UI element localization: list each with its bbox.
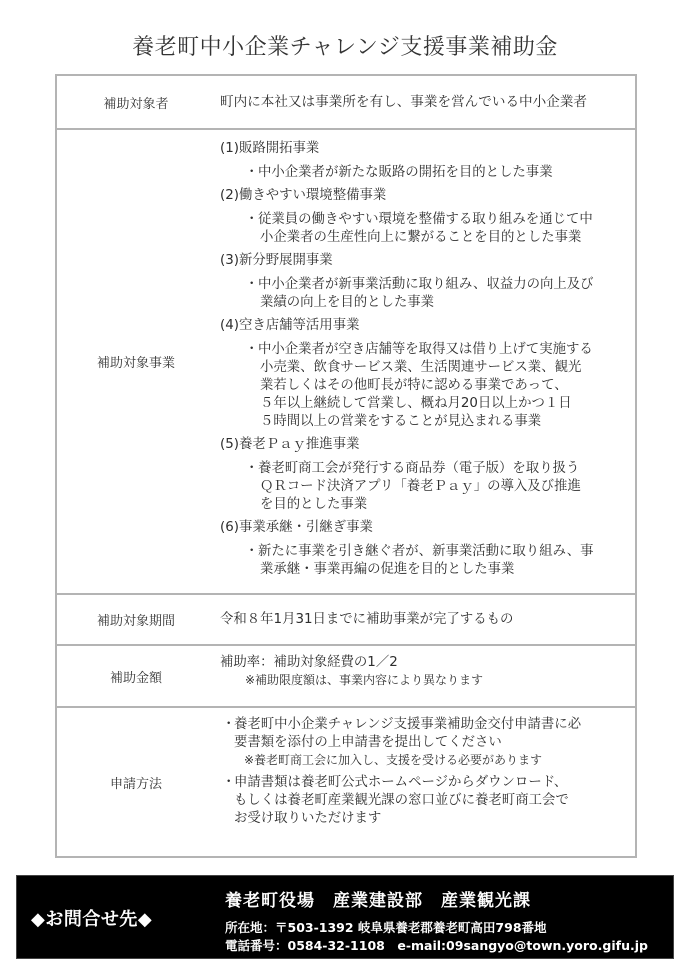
contact-footer: ◆お問合せ先◆ 養老町役場 産業建設部 産業観光課 所在地：〒503-1392 … — [16, 875, 674, 959]
section-description: ・ 中小企業者が空き店舗等を取得又は借り上げて実施する 小売業、飲食サービス業、… — [220, 341, 629, 431]
description-line: 小企業者の生産性向上に繋がることを目的とした事業 — [258, 229, 629, 247]
contact-department: 養老町役場 産業建設部 産業観光課 — [225, 886, 531, 911]
description-line: ＱＲコード決済アプリ「養老Ｐａｙ」の導入及び推進 — [258, 478, 629, 496]
description-line: ５時間以上の営業をすることが見込まれる事業 — [258, 413, 629, 431]
description-line: 中小企業者が空き店舗等を取得又は借り上げて実施する — [258, 341, 629, 359]
application-line: 要書類を添付の上申請書を提出してください — [234, 734, 629, 752]
application-item: ・ 養老町中小企業チャレンジ支援事業補助金交付申請書に必 要書類を添付の上申請書… — [220, 716, 629, 768]
description-line: 業績の向上を目的とした事業 — [258, 294, 629, 312]
section-description: ・ 従業員の働きやすい環境を整備する取り組みを通じて中 小企業者の生産性向上に繋… — [220, 211, 629, 247]
contact-label: ◆お問合せ先◆ — [31, 876, 201, 960]
description-line: 従業員の働きやすい環境を整備する取り組みを通じて中 — [258, 211, 629, 229]
description-line: 小売業、飲食サービス業、生活関連サービス業、観光 — [258, 359, 629, 377]
row-target-period: 補助対象期間 令和８年1月31日までに補助事業が完了するもの — [57, 595, 635, 646]
description-line: 養老町商工会が発行する商品券（電子版）を取り扱う — [258, 460, 629, 478]
application-line: 申請書類は養老町公式ホームページからダウンロード、 — [234, 774, 629, 792]
row-content: 令和８年1月31日までに補助事業が完了するもの — [215, 595, 635, 644]
bullet: ・ — [222, 774, 235, 792]
row-label: 補助対象者 — [57, 76, 215, 128]
contact-phone-email: 電話番号：0584-32-1108 e-mail:09sangyo@town.y… — [225, 936, 648, 954]
bullet: ・ — [245, 543, 258, 561]
section-description: ・ 新たに事業を引き継ぐ者が、新事業活動に取り組み、事 業承継・事業再編の促進を… — [220, 543, 629, 579]
contact-address: 所在地：〒503-1392 岐阜県養老郡養老町高田798番地 — [225, 918, 547, 936]
amount-note: ※補助限度額は、事業内容により異なります — [220, 672, 629, 688]
row-label: 補助対象事業 — [57, 130, 215, 593]
row-content: 町内に本社又は事業所を有し、事業を営んでいる中小企業者 — [215, 76, 635, 128]
row-label: 補助金額 — [57, 646, 215, 706]
bullet: ・ — [245, 211, 258, 229]
section-description: ・ 中小企業者が新事業活動に取り組み、収益力の向上及び 業績の向上を目的とした事… — [220, 276, 629, 312]
section-heading: (3)新分野展開事業 — [220, 252, 629, 270]
application-line: 養老町中小企業チャレンジ支援事業補助金交付申請書に必 — [234, 716, 629, 734]
bullet: ・ — [245, 460, 258, 478]
row-content: ・ 養老町中小企業チャレンジ支援事業補助金交付申請書に必 要書類を添付の上申請書… — [215, 708, 635, 856]
section-description: ・ 養老町商工会が発行する商品券（電子版）を取り扱う ＱＲコード決済アプリ「養老… — [220, 460, 629, 514]
bullet: ・ — [222, 716, 235, 734]
target-period-text: 令和８年1月31日までに補助事業が完了するもの — [220, 611, 513, 629]
bullet: ・ — [245, 276, 258, 294]
bullet: ・ — [245, 341, 258, 359]
section-heading: (1)販路開拓事業 — [220, 140, 629, 158]
application-line: お受け取りいただけます — [234, 810, 629, 828]
section-heading: (4)空き店舗等活用事業 — [220, 317, 629, 335]
page-title: 養老町中小企業チャレンジ支援事業補助金 — [0, 30, 690, 61]
application-line: もしくは養老町産業観光課の窓口並びに養老町商工会で — [234, 792, 629, 810]
row-target-persons: 補助対象者 町内に本社又は事業所を有し、事業を営んでいる中小企業者 — [57, 76, 635, 130]
description-line: 業若しくはその他町長が特に認める事業であって、 — [258, 377, 629, 395]
subsidy-table: 補助対象者 町内に本社又は事業所を有し、事業を営んでいる中小企業者 補助対象事業… — [55, 74, 637, 858]
row-label: 申請方法 — [57, 708, 215, 856]
amount-rate: 補助率：補助対象経費の1／2 — [220, 654, 629, 672]
row-amount: 補助金額 補助率：補助対象経費の1／2 ※補助限度額は、事業内容により異なります — [57, 646, 635, 708]
description-line: ５年以上継続して営業し、概ね月20日以上かつ１日 — [258, 395, 629, 413]
description-line: 新たに事業を引き継ぐ者が、新事業活動に取り組み、事 — [258, 543, 629, 561]
description-line: 業承継・事業再編の促進を目的とした事業 — [258, 561, 629, 579]
row-content: (1)販路開拓事業 ・ 中小企業者が新たな販路の開拓を目的とした事業 (2)働き… — [215, 130, 635, 593]
description-line: を目的とした事業 — [258, 496, 629, 514]
bullet: ・ — [245, 164, 258, 182]
section-heading: (5)養老Ｐａｙ推進事業 — [220, 436, 629, 454]
description-line: 中小企業者が新たな販路の開拓を目的とした事業 — [258, 164, 629, 182]
application-item: ・ 申請書類は養老町公式ホームページからダウンロード、 もしくは養老町産業観光課… — [220, 774, 629, 828]
application-note: ※養老町商工会に加入し、支援を受ける必要があります — [234, 752, 629, 768]
row-label: 補助対象期間 — [57, 595, 215, 644]
row-application: 申請方法 ・ 養老町中小企業チャレンジ支援事業補助金交付申請書に必 要書類を添付… — [57, 708, 635, 858]
row-content: 補助率：補助対象経費の1／2 ※補助限度額は、事業内容により異なります — [215, 646, 635, 706]
description-line: 中小企業者が新事業活動に取り組み、収益力の向上及び — [258, 276, 629, 294]
section-heading: (2)働きやすい環境整備事業 — [220, 187, 629, 205]
row-target-projects: 補助対象事業 (1)販路開拓事業 ・ 中小企業者が新たな販路の開拓を目的とした事… — [57, 130, 635, 595]
section-heading: (6)事業承継・引継ぎ事業 — [220, 519, 629, 537]
section-description: ・ 中小企業者が新たな販路の開拓を目的とした事業 — [220, 164, 629, 182]
target-persons-text: 町内に本社又は事業所を有し、事業を営んでいる中小企業者 — [220, 93, 587, 111]
